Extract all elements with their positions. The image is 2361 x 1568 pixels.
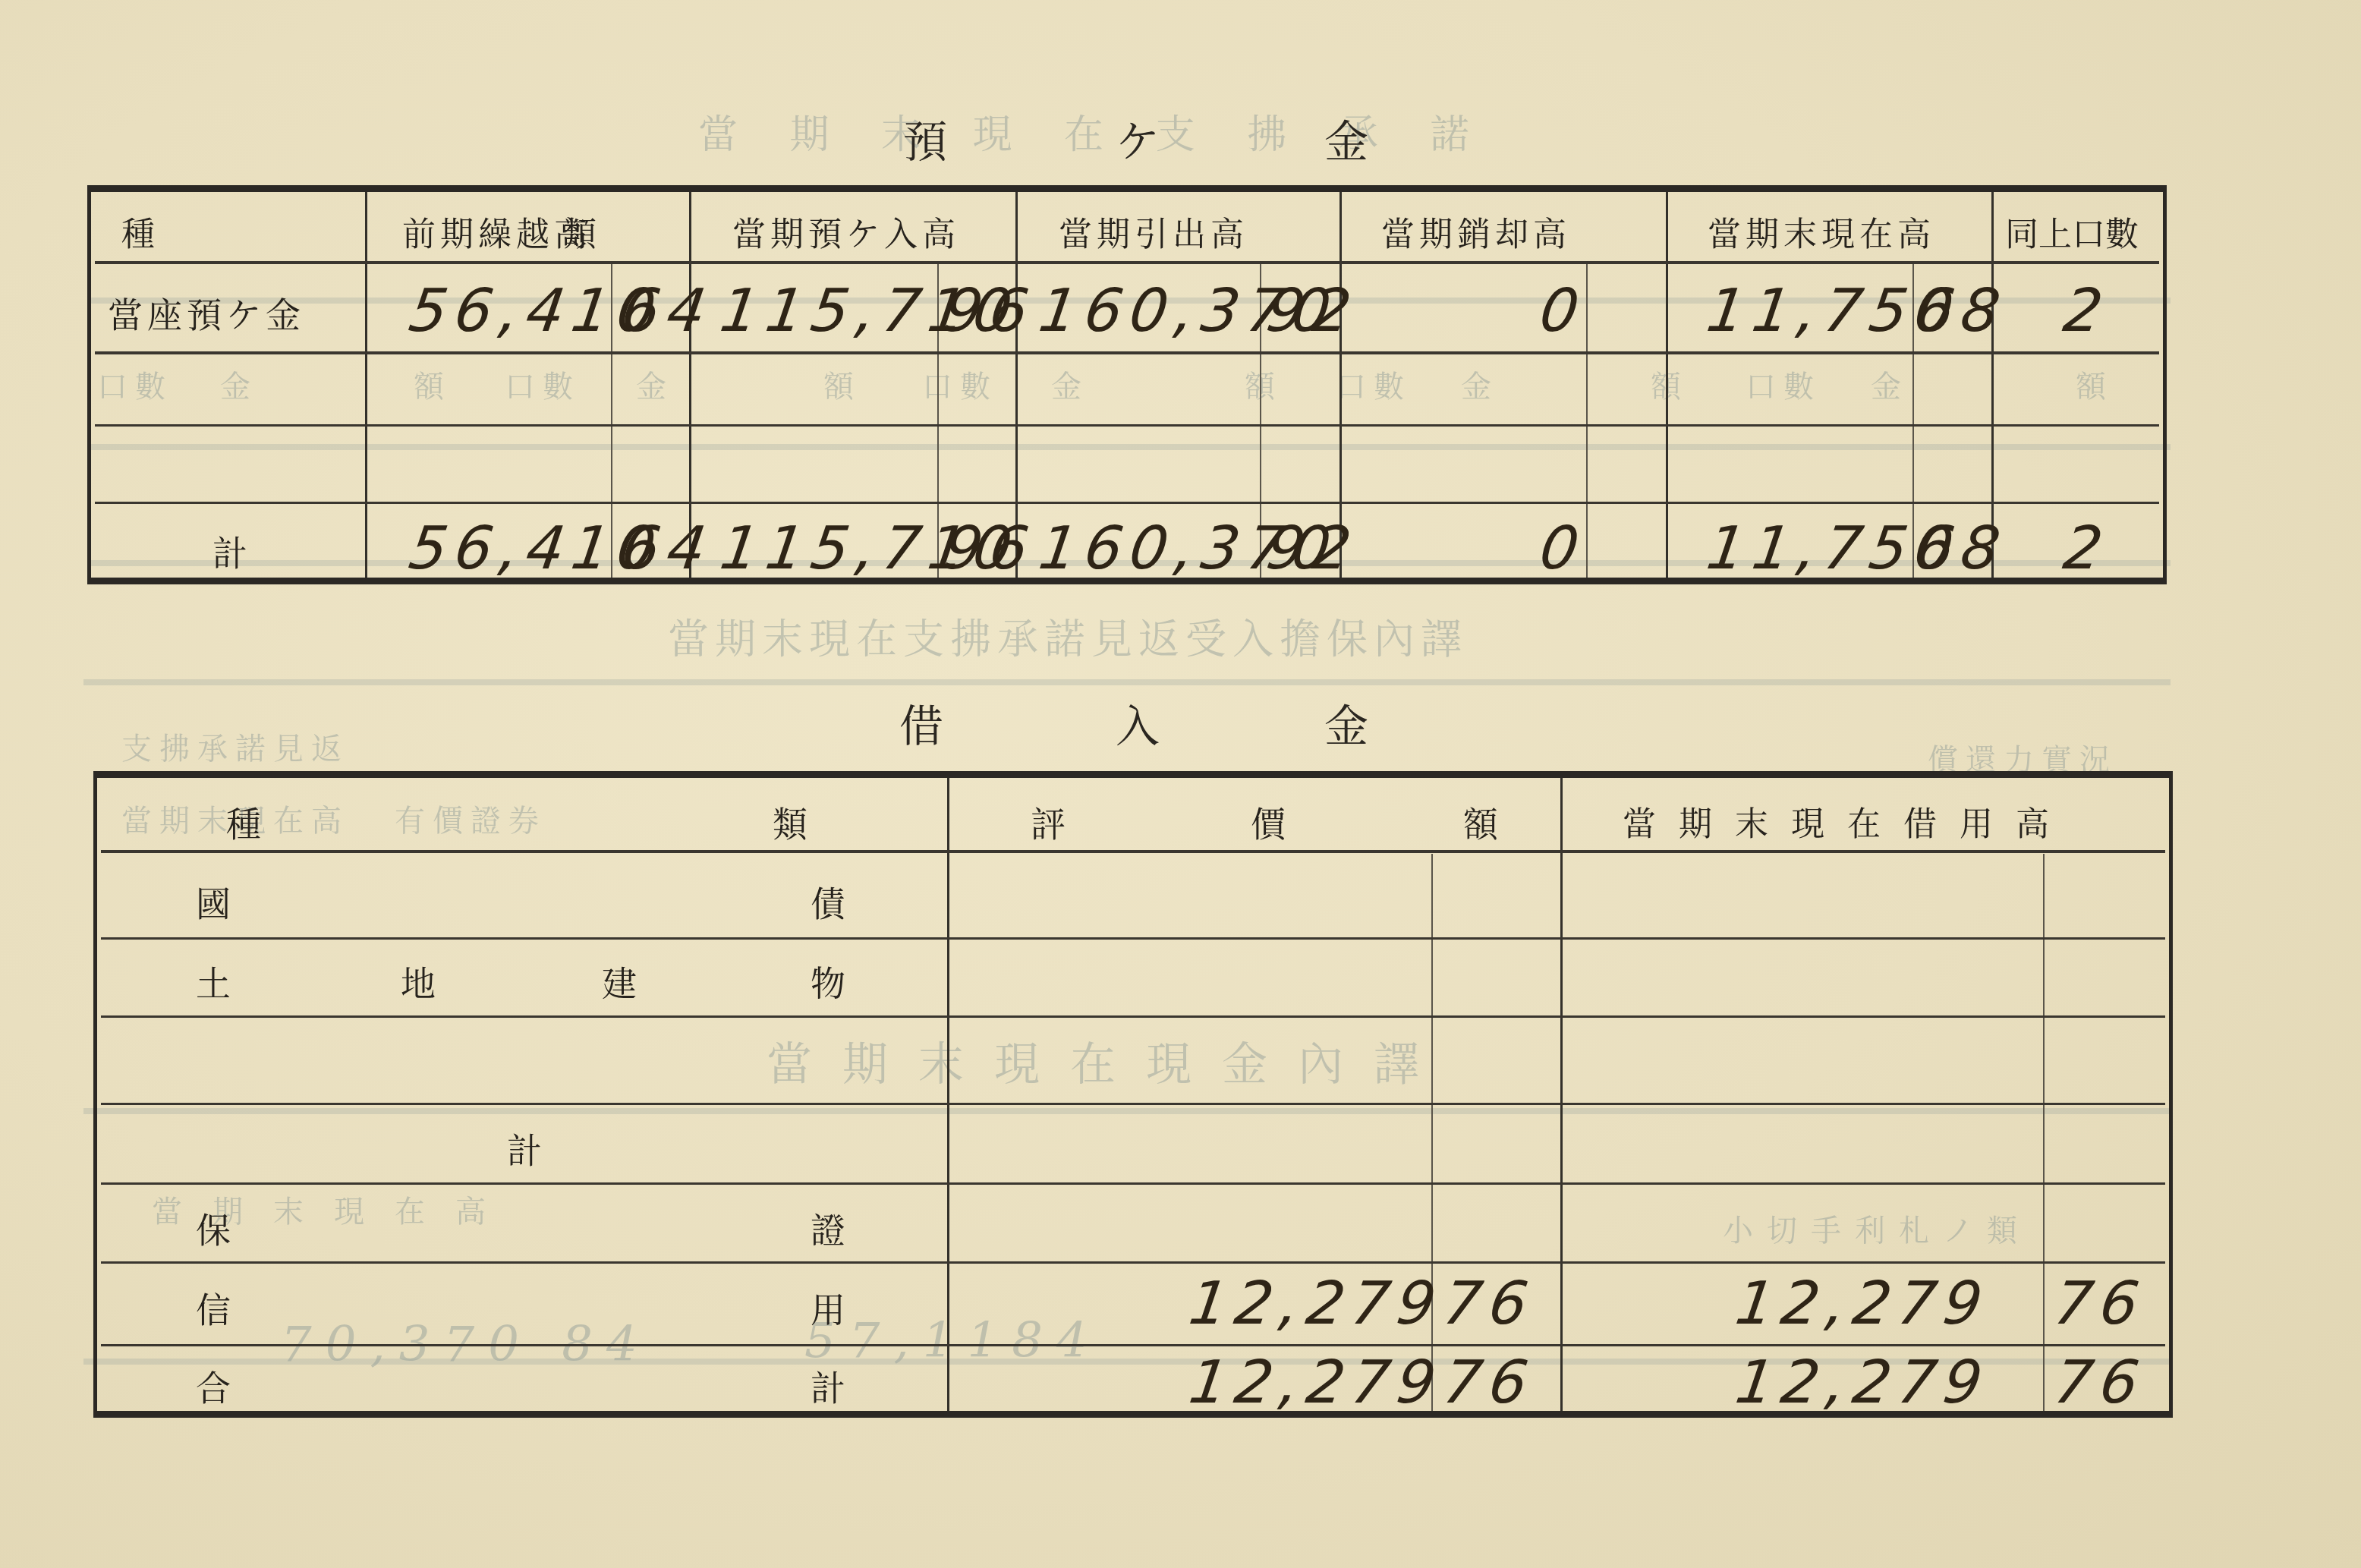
row-rule	[101, 850, 2165, 853]
row-rule	[95, 502, 2159, 504]
column-divider	[1560, 778, 1563, 1411]
row-label-char: 債	[811, 877, 845, 927]
grand-total-valuation: 12,279	[1185, 1349, 1448, 1417]
row-label-char: 地	[401, 956, 436, 1006]
borrowings-table: 種 類 評 價 額 當期末現在借用高 國 債 土 地 建 物 計 保 證 信 用…	[93, 771, 2173, 1418]
deposits-title: 預 ケ 金	[0, 106, 2361, 159]
column-divider	[1666, 192, 1668, 578]
row-rule	[101, 1261, 2165, 1264]
grand-total-closing: 12,279	[1732, 1349, 1994, 1417]
deposits-title-char: ケ	[1116, 106, 1160, 170]
row-label-char: 合	[196, 1361, 231, 1411]
bleed-rule	[83, 679, 2171, 685]
bleed-section-title: 當期末現在支拂承諾見返受入擔保內譯	[668, 607, 1468, 666]
grand-total-closing-sen: 76	[2051, 1349, 2151, 1417]
borrowings-title-char: 入	[1116, 691, 1160, 754]
total-accounts: 2	[2060, 515, 2114, 583]
deposits-title-char: 金	[1324, 106, 1368, 170]
row-label-char: 建	[602, 956, 637, 1006]
borrowings-title-char: 借	[899, 691, 943, 754]
borrowings-title-char: 金	[1324, 691, 1368, 754]
header-kind-char: 種	[226, 797, 261, 847]
row-rule	[101, 1015, 2165, 1018]
header-closing: 當期末現在高	[1708, 207, 1935, 256]
row-rule	[95, 351, 2159, 354]
total-closing-sen: 68	[1912, 515, 2012, 583]
row-label-char: 國	[196, 877, 231, 927]
total-prev-balance-sen: 64	[618, 515, 718, 583]
total-deposited-sen: 96	[940, 515, 1040, 583]
total-label: 計	[212, 526, 247, 576]
deposits-title-char: 預	[903, 106, 947, 170]
row-label-char: 信	[196, 1283, 231, 1333]
row-rule	[95, 261, 2159, 264]
row-label-char: 計	[811, 1361, 845, 1411]
row-label-char: 用	[811, 1283, 845, 1333]
row-label-char: 物	[811, 956, 845, 1006]
header-closing-borrowed: 當期末現在借用高	[1623, 797, 2072, 845]
row-rule	[101, 1182, 2165, 1185]
row-label-char: 土	[196, 956, 231, 1006]
header-prev-balance: 前期繰越高	[402, 207, 592, 256]
closing-sen: 68	[1912, 277, 2012, 345]
column-divider	[947, 778, 949, 1411]
header-written-off: 當期銷却高	[1381, 207, 1571, 256]
deposits-table: 種 類 前期繰越高 當期預ケ入高 當期引出高 當期銷却高 當期末現在高 同上口數…	[87, 185, 2167, 584]
credit-closing: 12,279	[1732, 1270, 1994, 1338]
borrowings-title: 借 入 金	[0, 691, 2361, 744]
header-withdrawn: 當期引出高	[1059, 207, 1248, 256]
header-kind-char: 類	[773, 797, 807, 847]
row-label: 當座預ケ金	[108, 288, 305, 338]
row-rule	[95, 424, 2159, 427]
total-withdrawn-sen: 92	[1263, 515, 1363, 583]
row-label-char: 保	[196, 1203, 231, 1253]
deposited-sen: 96	[940, 277, 1040, 345]
withdrawn-sen: 92	[1263, 277, 1363, 345]
accounts-value: 2	[2060, 277, 2114, 345]
row-label-char: 計	[507, 1123, 542, 1173]
grand-total-valuation-sen: 76	[1440, 1349, 1540, 1417]
row-label-char: 證	[811, 1203, 845, 1253]
header-valuation-char: 評	[1031, 797, 1066, 847]
prev-balance-sen: 64	[618, 277, 718, 345]
written-off-value: 0	[1536, 277, 1591, 345]
total-written-off: 0	[1536, 515, 1591, 583]
credit-valuation: 12,279	[1185, 1270, 1448, 1338]
header-valuation-char: 額	[1463, 797, 1498, 847]
header-deposited: 當期預ケ入高	[732, 207, 960, 256]
header-valuation-char: 價	[1251, 797, 1286, 847]
row-rule	[101, 937, 2165, 940]
row-rule	[101, 1103, 2165, 1105]
credit-closing-sen: 76	[2051, 1270, 2151, 1338]
header-accounts: 同上口數	[2005, 207, 2139, 256]
credit-valuation-sen: 76	[1440, 1270, 1540, 1338]
row-rule	[101, 1344, 2165, 1346]
